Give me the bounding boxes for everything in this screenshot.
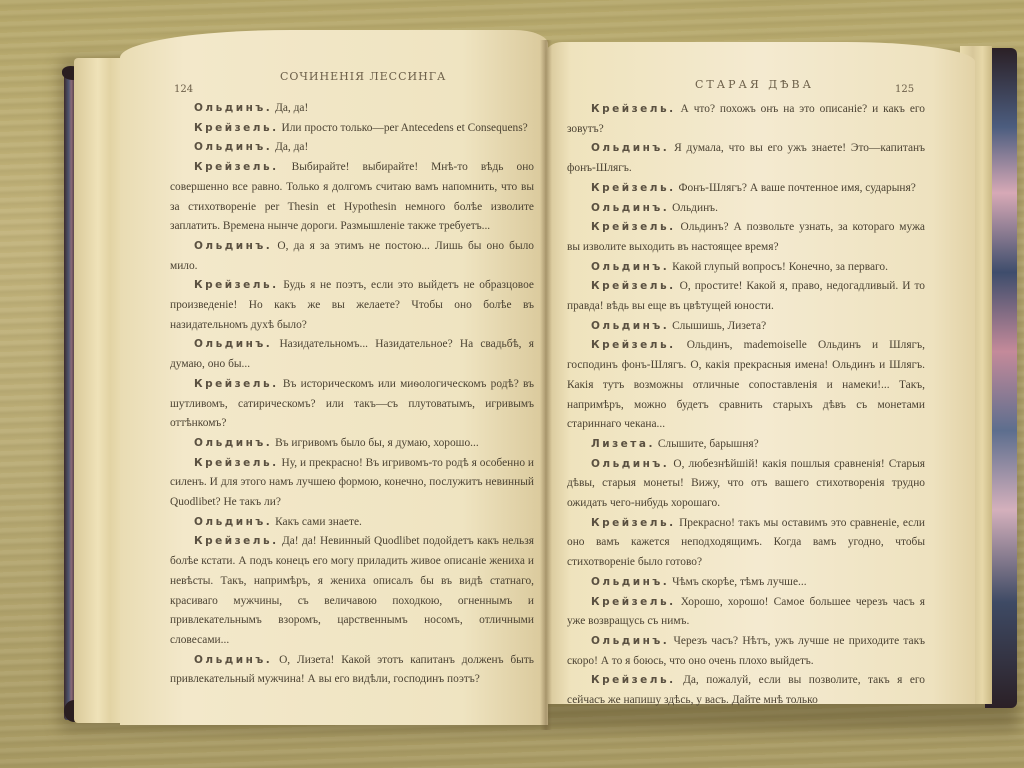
speaker-name: Крейзель. bbox=[591, 674, 676, 686]
speaker-name: Ольдинъ. bbox=[591, 320, 669, 332]
speaker-name: Ольдинъ. bbox=[194, 240, 272, 252]
dialogue-text: Или просто только—per Antecedens et Cons… bbox=[279, 122, 528, 134]
dialogue-paragraph: Крейзель. А что? похожъ онъ на это описа… bbox=[567, 100, 925, 139]
dialogue-paragraph: Крейзель. Ну, и прекрасно! Въ игривомъ-т… bbox=[170, 454, 534, 513]
dialogue-text: Ольдинъ, mademoiselle Ольдинъ и Шлягъ, г… bbox=[567, 339, 925, 430]
dialogue-text: Слышишь, Лизета? bbox=[669, 320, 766, 332]
dialogue-paragraph: Ольдинъ. Какъ сами знаете. bbox=[170, 513, 534, 533]
dialogue-paragraph: Крейзель. Въ историческомъ или миѳологич… bbox=[170, 375, 534, 434]
speaker-name: Ольдинъ. bbox=[591, 458, 669, 470]
speaker-name: Ольдинъ. bbox=[194, 437, 272, 449]
dialogue-paragraph: Ольдинъ. Черезъ часъ? Нѣтъ, ужъ лучше не… bbox=[567, 632, 925, 671]
speaker-name: Ольдинъ. bbox=[194, 516, 272, 528]
dialogue-text: Чѣмъ скорѣе, тѣмъ лучше... bbox=[669, 576, 806, 588]
speaker-name: Крейзель. bbox=[194, 279, 279, 291]
dialogue-text: Фонъ-Шлягъ? А ваше почтенное имя, судары… bbox=[676, 182, 916, 194]
speaker-name: Крейзель. bbox=[591, 280, 676, 292]
dialogue-paragraph: Крейзель. Ольдинъ? А позвольте узнать, з… bbox=[567, 218, 925, 257]
dialogue-paragraph: Ольдинъ. Да, да! bbox=[170, 99, 534, 119]
dialogue-paragraph: Ольдинъ. О, Лизета! Какой этотъ капитанъ… bbox=[170, 651, 534, 690]
dialogue-paragraph: Крейзель. Выбирайте! выбирайте! Мнѣ-то в… bbox=[170, 158, 534, 237]
speaker-name: Крейзель. bbox=[591, 517, 676, 529]
dialogue-text: Да, да! bbox=[272, 102, 308, 114]
speaker-name: Крейзель. bbox=[591, 596, 676, 608]
dialogue-paragraph: Ольдинъ. Назидательномъ... Назидательное… bbox=[170, 335, 534, 374]
speaker-name: Ольдинъ. bbox=[194, 654, 272, 666]
left-page-text: Ольдинъ. Да, да!Крейзель. Или просто тол… bbox=[170, 99, 534, 690]
speaker-name: Крейзель. bbox=[591, 221, 676, 233]
running-head-right: СТАРАЯ ДѢВА bbox=[695, 78, 814, 91]
running-head-left: СОЧИНЕНІЯ ЛЕССИНГА bbox=[280, 70, 446, 83]
speaker-name: Ольдинъ. bbox=[591, 261, 669, 273]
dialogue-text: Какой глупый вопросъ! Конечно, за перваг… bbox=[669, 261, 888, 273]
speaker-name: Ольдинъ. bbox=[591, 576, 669, 588]
dialogue-text: Въ игривомъ было бы, я думаю, хорошо... bbox=[272, 437, 478, 449]
speaker-name: Крейзель. bbox=[194, 535, 279, 547]
dialogue-text: Да, да! bbox=[272, 141, 308, 153]
dialogue-paragraph: Ольдинъ. Слышишь, Лизета? bbox=[567, 317, 925, 337]
speaker-name: Ольдинъ. bbox=[591, 635, 669, 647]
speaker-name: Крейзель. bbox=[194, 457, 279, 469]
speaker-name: Крейзель. bbox=[591, 182, 676, 194]
page-number-left: 124 bbox=[174, 84, 193, 95]
speaker-name: Ольдинъ. bbox=[194, 338, 272, 350]
speaker-name: Ольдинъ. bbox=[194, 141, 272, 153]
dialogue-text: Слышите, барышня? bbox=[655, 438, 759, 450]
page-number-right: 125 bbox=[895, 84, 914, 95]
book-gutter bbox=[540, 40, 552, 730]
dialogue-paragraph: Ольдинъ. Ольдинъ. bbox=[567, 199, 925, 219]
dialogue-paragraph: Крейзель. Ольдинъ, mademoiselle Ольдинъ … bbox=[567, 336, 925, 435]
right-page-text: Крейзель. А что? похожъ онъ на это описа… bbox=[567, 100, 925, 711]
speaker-name: Крейзель. bbox=[591, 339, 676, 351]
speaker-name: Лизета. bbox=[591, 438, 655, 450]
dialogue-paragraph: Крейзель. Да, пожалуй, если вы позволите… bbox=[567, 671, 925, 710]
dialogue-paragraph: Ольдинъ. Я думала, что вы его ужъ знаете… bbox=[567, 139, 925, 178]
speaker-name: Ольдинъ. bbox=[591, 202, 669, 214]
dialogue-paragraph: Крейзель. Хорошо, хорошо! Самое большее … bbox=[567, 593, 925, 632]
dialogue-paragraph: Крейзель. Да! да! Невинный Quodlibet под… bbox=[170, 532, 534, 650]
speaker-name: Крейзель. bbox=[194, 378, 279, 390]
dialogue-paragraph: Ольдинъ. Какой глупый вопросъ! Конечно, … bbox=[567, 258, 925, 278]
speaker-name: Крейзель. bbox=[194, 122, 279, 134]
dialogue-paragraph: Крейзель. Или просто только—per Antecede… bbox=[170, 119, 534, 139]
left-page: 124 СОЧИНЕНІЯ ЛЕССИНГА Ольдинъ. Да, да!К… bbox=[120, 30, 548, 725]
dialogue-paragraph: Крейзель. Фонъ-Шлягъ? А ваше почтенное и… bbox=[567, 179, 925, 199]
dialogue-paragraph: Ольдинъ. Чѣмъ скорѣе, тѣмъ лучше... bbox=[567, 573, 925, 593]
dialogue-paragraph: Крейзель. Будь я не поэтъ, если это выйд… bbox=[170, 276, 534, 335]
dialogue-text: Ольдинъ. bbox=[669, 202, 718, 214]
dialogue-paragraph: Лизета. Слышите, барышня? bbox=[567, 435, 925, 455]
dialogue-paragraph: Ольдинъ. Да, да! bbox=[170, 138, 534, 158]
dialogue-paragraph: Крейзель. О, простите! Какой я, право, н… bbox=[567, 277, 925, 316]
dialogue-text: Какъ сами знаете. bbox=[272, 516, 362, 528]
dialogue-paragraph: Ольдинъ. Въ игривомъ было бы, я думаю, х… bbox=[170, 434, 534, 454]
speaker-name: Ольдинъ. bbox=[194, 102, 272, 114]
speaker-name: Крейзель. bbox=[591, 103, 676, 115]
dialogue-paragraph: Ольдинъ. О, любезнѣйшій! какія пошлыя ср… bbox=[567, 455, 925, 514]
dialogue-text: Да! да! Невинный Quodlibet подойдетъ как… bbox=[170, 535, 534, 646]
dialogue-paragraph: Крейзель. Прекрасно! такъ мы оставимъ эт… bbox=[567, 514, 925, 573]
speaker-name: Крейзель. bbox=[194, 161, 279, 173]
dialogue-paragraph: Ольдинъ. О, да я за этимъ не постою... Л… bbox=[170, 237, 534, 276]
right-page: СТАРАЯ ДѢВА 125 Крейзель. А что? похожъ … bbox=[545, 42, 975, 704]
speaker-name: Ольдинъ. bbox=[591, 142, 669, 154]
